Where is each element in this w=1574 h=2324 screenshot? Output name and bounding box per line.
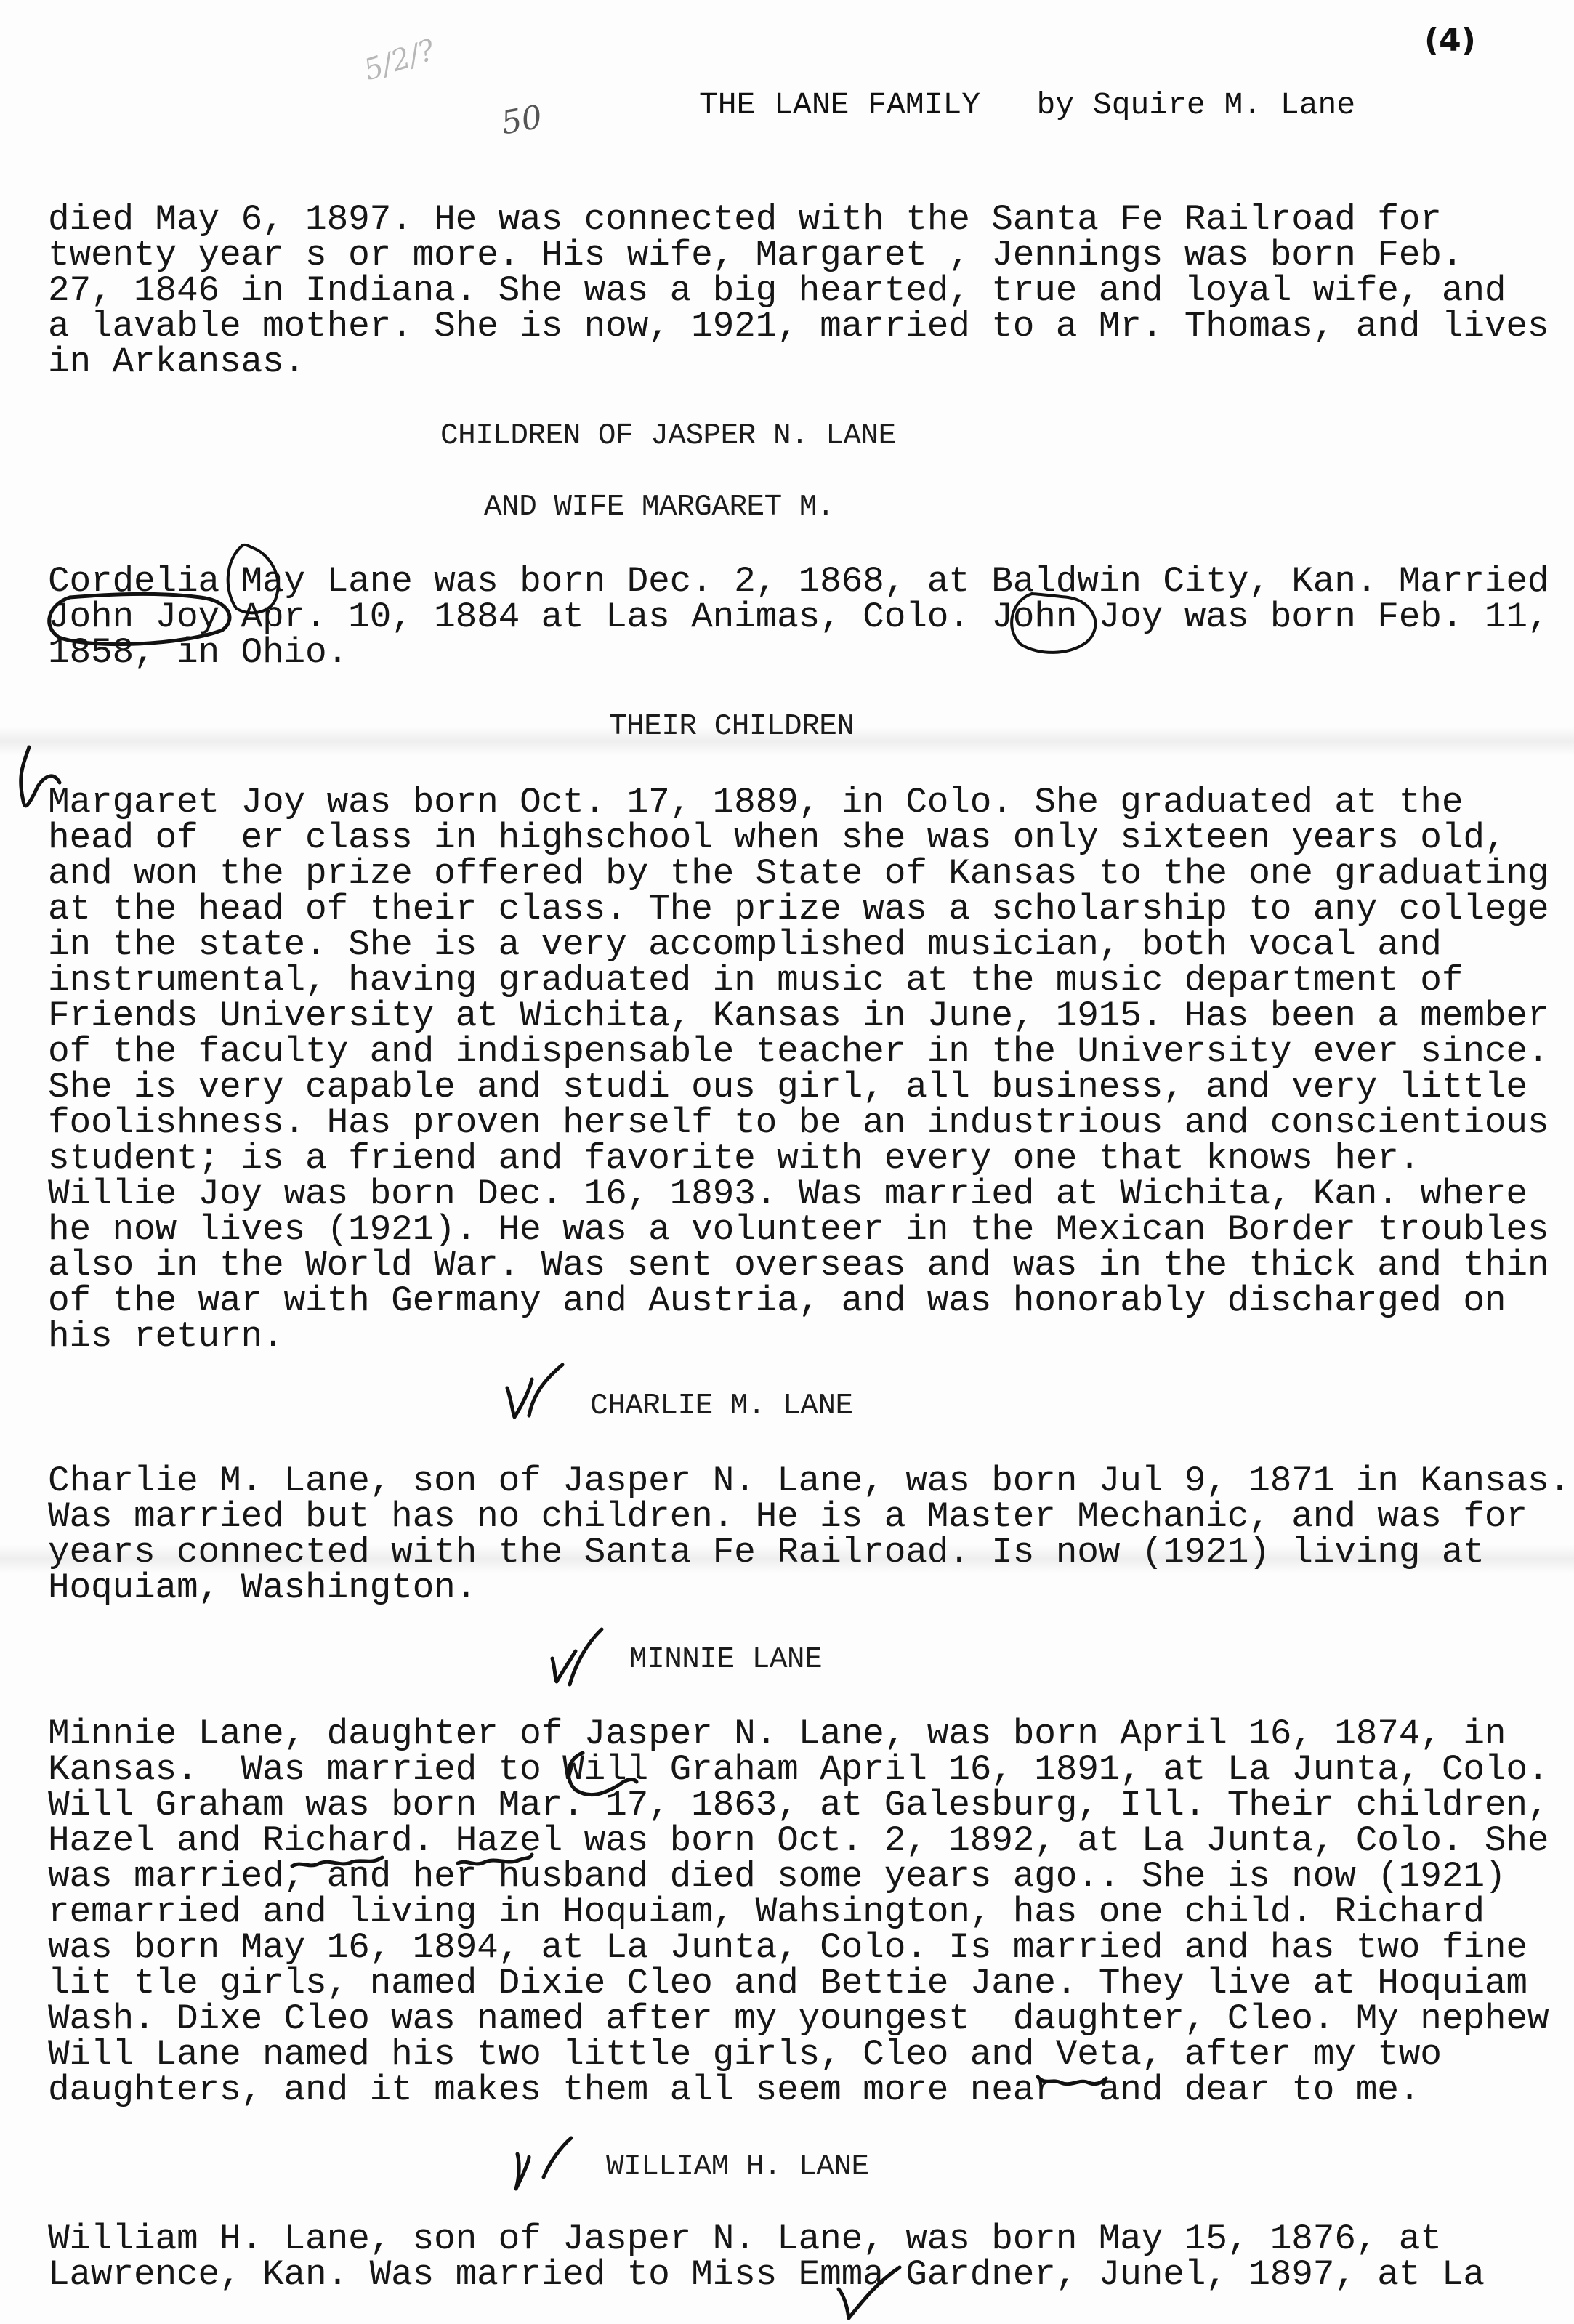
text-line: William H. Lane, son of Jasper N. Lane, … xyxy=(48,2222,1442,2257)
double-check-mark-icon xyxy=(510,2139,590,2198)
section-heading-charlie: CHARLIE M. LANE xyxy=(590,1390,853,1422)
section-heading-minnie: MINNIE LANE xyxy=(629,1644,822,1676)
text-line: Friends University at Wichita, Kansas in… xyxy=(48,998,1549,1034)
text-line: Lawrence, Kan. Was married to Miss Emma … xyxy=(48,2257,1485,2293)
text-line: Kansas. Was married to Will Graham April… xyxy=(48,1752,1549,1788)
text-line: John Joy Apr. 10, 1884 at Las Animas, Co… xyxy=(48,600,1549,635)
text-line: twenty year s or more. His wife, Margare… xyxy=(48,238,1463,273)
section-heading-their-children: THEIR CHILDREN xyxy=(609,711,854,743)
text-line: of the faculty and indispensable teacher… xyxy=(48,1034,1549,1070)
text-line: student; is a friend and favorite with e… xyxy=(48,1141,1420,1177)
text-line: in Arkansas. xyxy=(48,344,305,380)
text-line: was married, and her husband died some y… xyxy=(48,1859,1506,1895)
section-heading-william: WILLIAM H. LANE xyxy=(606,2151,869,2183)
text-line: Was married but has no children. He is a… xyxy=(48,1499,1527,1535)
section-subheading-wife: AND WIFE MARGARET M. xyxy=(484,491,834,523)
text-line: of the war with Germany and Austria, and… xyxy=(48,1283,1506,1319)
text-line: remarried and living in Hoquiam, Wahsing… xyxy=(48,1895,1485,1930)
text-line: his return. xyxy=(48,1319,284,1355)
text-line: Wash. Dixe Cleo was named after my young… xyxy=(48,2001,1549,2037)
text-line: 27, 1846 in Indiana. She was a big heart… xyxy=(48,273,1506,309)
text-line: lit tle girls, named Dixie Cleo and Bett… xyxy=(48,1966,1527,2001)
text-line: Hazel and Richard. Hazel was born Oct. 2… xyxy=(48,1823,1549,1859)
text-line: instrumental, having graduated in music … xyxy=(48,963,1463,998)
text-line: foolishness. Has proven herself to be an… xyxy=(48,1105,1549,1141)
text-line: he now lives (1921). He was a volunteer … xyxy=(48,1212,1549,1248)
text-line: 1858, in Ohio. xyxy=(48,635,348,671)
text-line: Cordelia May Lane was born Dec. 2, 1868,… xyxy=(48,564,1549,600)
text-line: Will Graham was born Mar. 17, 1863, at G… xyxy=(48,1788,1549,1823)
section-heading-children: CHILDREN OF JASPER N. LANE xyxy=(440,420,896,452)
page-number: (4) xyxy=(1424,22,1476,59)
handwritten-pencil-note-2: 50 xyxy=(499,99,545,142)
text-line: at the head of their class. The prize wa… xyxy=(48,892,1549,927)
text-line: Will Lane named his two little girls, Cl… xyxy=(48,2037,1442,2073)
text-line: died May 6, 1897. He was connected with … xyxy=(48,202,1442,238)
text-line: also in the World War. Was sent overseas… xyxy=(48,1248,1549,1283)
text-line: Margaret Joy was born Oct. 17, 1889, in … xyxy=(48,785,1463,820)
text-line: a lavable mother. She is now, 1921, marr… xyxy=(48,309,1549,344)
text-line: head of er class in highschool when she … xyxy=(48,820,1506,856)
text-line: Hoquiam, Washington. xyxy=(48,1570,477,1606)
text-line: She is very capable and studi ous girl, … xyxy=(48,1070,1527,1105)
text-line: daughters, and it makes them all seem mo… xyxy=(48,2073,1420,2108)
text-line: Charlie M. Lane, son of Jasper N. Lane, … xyxy=(48,1464,1570,1499)
double-check-mark-icon xyxy=(546,1629,626,1687)
text-line: was born May 16, 1894, at La Junta, Colo… xyxy=(48,1930,1527,1966)
text-line: years connected with the Santa Fe Railro… xyxy=(48,1535,1485,1570)
text-line: and won the prize offered by the State o… xyxy=(48,856,1549,892)
handwritten-pencil-note: 5/2/? xyxy=(360,33,439,87)
text-line: Willie Joy was born Dec. 16, 1893. Was m… xyxy=(48,1177,1527,1212)
document-title: THE LANE FAMILY by Squire M. Lane xyxy=(699,89,1355,122)
text-line: in the state. She is a very accomplished… xyxy=(48,927,1442,963)
double-check-mark-icon xyxy=(501,1365,589,1430)
document-page: (4) 5/2/? 50 THE LANE FAMILY by Squire M… xyxy=(0,0,1574,2324)
text-line: Minnie Lane, daughter of Jasper N. Lane,… xyxy=(48,1716,1506,1752)
